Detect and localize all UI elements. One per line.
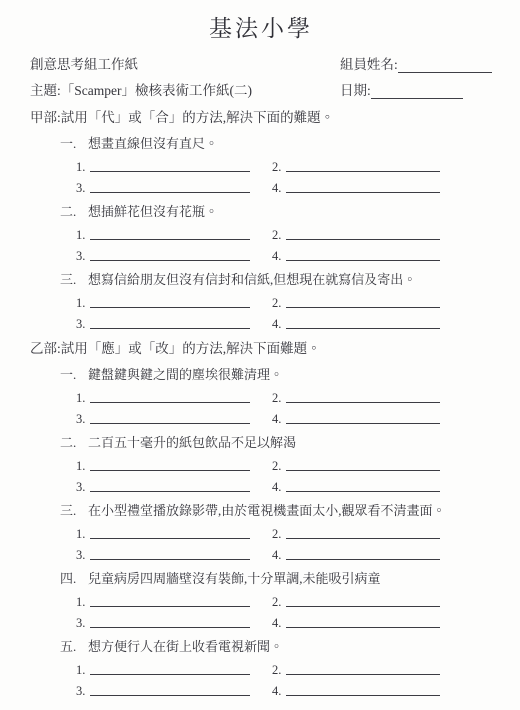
answer-number: 2. [272, 459, 286, 474]
answer-blank-1: 1. [76, 521, 250, 542]
answer-line [286, 318, 440, 329]
answer-number: 4. [272, 412, 286, 427]
answer-row: 1. 2. [76, 385, 492, 406]
answer-blank-4: 4. [272, 542, 440, 563]
answer-number: 2. [272, 391, 286, 406]
answer-row: 3. 4. [76, 406, 492, 427]
section-part-a: 甲部:試用「代」或「合」的方法,解決下面的難題。 一. 想畫直線但沒有直尺。 1… [30, 108, 492, 332]
answer-row: 1. 2. [76, 290, 492, 311]
answer-number: 4. [272, 317, 286, 332]
answer-blank-2: 2. [272, 154, 440, 175]
answer-line [286, 685, 440, 696]
answer-number: 3. [76, 181, 90, 196]
answer-row: 1. 2. [76, 453, 492, 474]
answer-blank-3: 3. [76, 678, 250, 699]
answer-blank-3: 3. [76, 406, 250, 427]
answer-number: 4. [272, 684, 286, 699]
item-number: 一. [60, 365, 88, 385]
answer-number: 3. [76, 616, 90, 631]
answer-line [286, 229, 440, 240]
item-head: 一. 鍵盤鍵與鍵之間的塵埃很難清理。 [60, 365, 492, 385]
answer-line [90, 481, 250, 492]
answer-row: 1. 2. [76, 521, 492, 542]
item-statement: 想方便行人在街上收看電視新聞。 [88, 637, 492, 657]
answer-blank-4: 4. [272, 406, 440, 427]
part-b-heading: 乙部:試用「應」或「改」的方法,解決下面難題。 [30, 339, 492, 359]
answer-blank-1: 1. [76, 657, 250, 678]
header-row-1: 創意思考組工作紙 組員姓名: [30, 55, 492, 75]
answer-number: 3. [76, 317, 90, 332]
worksheet-page: 基法小學 創意思考組工作紙 組員姓名: 主題:「Scamper」檢核表術工作紙(… [0, 0, 520, 710]
problem-item-a2: 二. 想插鮮花但沒有花瓶。 1. 2. 3. 4. [30, 202, 492, 264]
item-head: 三. 想寫信給朋友但沒有信封和信紙,但想現在就寫信及寄出。 [60, 270, 492, 290]
problem-item-b1: 一. 鍵盤鍵與鍵之間的塵埃很難清理。 1. 2. 3. 4. [30, 365, 492, 427]
answer-number: 1. [76, 296, 90, 311]
answer-number: 1. [76, 459, 90, 474]
item-head: 五. 想方便行人在街上收看電視新聞。 [60, 637, 492, 657]
answer-line [90, 182, 250, 193]
part-a-heading: 甲部:試用「代」或「合」的方法,解決下面的難題。 [30, 108, 492, 128]
item-number: 三. [60, 501, 88, 521]
answer-blank-2: 2. [272, 589, 440, 610]
answer-line [90, 549, 250, 560]
item-head: 三. 在小型禮堂播放錄影帶,由於電視機畫面太小,觀眾看不清畫面。 [60, 501, 492, 521]
answer-line [90, 413, 250, 424]
answer-line [90, 318, 250, 329]
item-statement: 兒童病房四周牆壁沒有裝飾,十分單調,未能吸引病童 [88, 569, 492, 589]
answer-line [286, 392, 440, 403]
item-number: 二. [60, 202, 88, 222]
answer-row: 1. 2. [76, 154, 492, 175]
answer-number: 2. [272, 296, 286, 311]
item-statement: 在小型禮堂播放錄影帶,由於電視機畫面太小,觀眾看不清畫面。 [88, 501, 492, 521]
answer-number: 4. [272, 181, 286, 196]
item-head: 一. 想畫直線但沒有直尺。 [60, 134, 492, 154]
answer-blank-4: 4. [272, 243, 440, 264]
answer-blank-2: 2. [272, 657, 440, 678]
item-statement: 二百五十毫升的紙包飲品不足以解渴 [88, 433, 492, 453]
date-blank-line [371, 86, 463, 99]
answer-number: 1. [76, 391, 90, 406]
answer-row: 3. 4. [76, 311, 492, 332]
item-statement: 鍵盤鍵與鍵之間的塵埃很難清理。 [88, 365, 492, 385]
answer-blank-2: 2. [272, 222, 440, 243]
answer-number: 2. [272, 160, 286, 175]
answer-blank-4: 4. [272, 311, 440, 332]
item-statement: 想寫信給朋友但沒有信封和信紙,但想現在就寫信及寄出。 [88, 270, 492, 290]
answer-blank-3: 3. [76, 243, 250, 264]
answer-line [286, 250, 440, 261]
answer-row: 3. 4. [76, 678, 492, 699]
answer-blank-1: 1. [76, 385, 250, 406]
answer-blank-3: 3. [76, 610, 250, 631]
group-name-blank-line [398, 60, 492, 73]
answer-line [286, 182, 440, 193]
worksheet-type-label: 創意思考組工作紙 [30, 55, 340, 75]
problem-item-b5: 五. 想方便行人在街上收看電視新聞。 1. 2. 3. 4. [30, 637, 492, 699]
answer-line [90, 392, 250, 403]
answer-row: 1. 2. [76, 222, 492, 243]
answer-line [90, 161, 250, 172]
answer-line [90, 528, 250, 539]
problem-item-a1: 一. 想畫直線但沒有直尺。 1. 2. 3. 4. [30, 134, 492, 196]
answer-blank-3: 3. [76, 311, 250, 332]
answer-number: 1. [76, 228, 90, 243]
answer-blank-2: 2. [272, 290, 440, 311]
answer-blank-1: 1. [76, 589, 250, 610]
answer-line [286, 596, 440, 607]
answer-line [286, 664, 440, 675]
answer-number: 1. [76, 527, 90, 542]
item-number: 四. [60, 569, 88, 589]
item-head: 二. 二百五十毫升的紙包飲品不足以解渴 [60, 433, 492, 453]
answer-blank-4: 4. [272, 474, 440, 495]
answer-number: 4. [272, 548, 286, 563]
item-number: 五. [60, 637, 88, 657]
answer-number: 3. [76, 249, 90, 264]
answer-number: 1. [76, 160, 90, 175]
answer-blank-2: 2. [272, 521, 440, 542]
answer-line [90, 596, 250, 607]
answer-blank-1: 1. [76, 154, 250, 175]
answer-number: 2. [272, 228, 286, 243]
answer-number: 3. [76, 548, 90, 563]
header-row-2: 主題:「Scamper」檢核表術工作紙(二) 日期: [30, 81, 492, 101]
date-label: 日期: [340, 81, 371, 101]
answer-number: 4. [272, 616, 286, 631]
answer-number: 2. [272, 595, 286, 610]
answer-line [286, 528, 440, 539]
answer-line [286, 161, 440, 172]
answer-line [286, 460, 440, 471]
problem-item-a3: 三. 想寫信給朋友但沒有信封和信紙,但想現在就寫信及寄出。 1. 2. 3. 4… [30, 270, 492, 332]
answer-blank-1: 1. [76, 290, 250, 311]
answer-blank-4: 4. [272, 610, 440, 631]
answer-number: 1. [76, 595, 90, 610]
answer-number: 4. [272, 480, 286, 495]
problem-item-b4: 四. 兒童病房四周牆壁沒有裝飾,十分單調,未能吸引病童 1. 2. 3. 4. [30, 569, 492, 631]
answer-row: 3. 4. [76, 474, 492, 495]
answer-line [90, 617, 250, 628]
answer-number: 1. [76, 663, 90, 678]
answer-line [90, 250, 250, 261]
answer-line [90, 664, 250, 675]
group-name-label: 組員姓名: [340, 55, 398, 75]
answer-blank-2: 2. [272, 453, 440, 474]
group-name-field: 組員姓名: [340, 55, 492, 75]
answer-line [286, 617, 440, 628]
item-number: 一. [60, 134, 88, 154]
item-statement: 想插鮮花但沒有花瓶。 [88, 202, 492, 222]
answer-row: 1. 2. [76, 657, 492, 678]
answer-row: 3. 4. [76, 175, 492, 196]
answer-line [90, 229, 250, 240]
answer-blank-1: 1. [76, 222, 250, 243]
answer-blank-1: 1. [76, 453, 250, 474]
answer-row: 1. 2. [76, 589, 492, 610]
answer-row: 3. 4. [76, 610, 492, 631]
answer-blank-3: 3. [76, 542, 250, 563]
answer-line [90, 297, 250, 308]
item-number: 二. [60, 433, 88, 453]
answer-line [90, 685, 250, 696]
item-head: 二. 想插鮮花但沒有花瓶。 [60, 202, 492, 222]
answer-number: 2. [272, 527, 286, 542]
answer-blank-4: 4. [272, 678, 440, 699]
item-statement: 想畫直線但沒有直尺。 [88, 134, 492, 154]
section-part-b: 乙部:試用「應」或「改」的方法,解決下面難題。 一. 鍵盤鍵與鍵之間的塵埃很難清… [30, 339, 492, 699]
answer-line [90, 460, 250, 471]
answer-blank-2: 2. [272, 385, 440, 406]
answer-line [286, 549, 440, 560]
answer-blank-3: 3. [76, 175, 250, 196]
answer-row: 3. 4. [76, 243, 492, 264]
answer-row: 3. 4. [76, 542, 492, 563]
problem-item-b3: 三. 在小型禮堂播放錄影帶,由於電視機畫面太小,觀眾看不清畫面。 1. 2. 3… [30, 501, 492, 563]
answer-number: 3. [76, 412, 90, 427]
answer-blank-3: 3. [76, 474, 250, 495]
answer-number: 4. [272, 249, 286, 264]
topic-label: 主題:「Scamper」檢核表術工作紙(二) [30, 81, 340, 101]
answer-blank-4: 4. [272, 175, 440, 196]
answer-number: 3. [76, 684, 90, 699]
item-number: 三. [60, 270, 88, 290]
page-title: 基法小學 [30, 14, 492, 44]
item-head: 四. 兒童病房四周牆壁沒有裝飾,十分單調,未能吸引病童 [60, 569, 492, 589]
answer-number: 2. [272, 663, 286, 678]
answer-line [286, 297, 440, 308]
answer-line [286, 481, 440, 492]
answer-line [286, 413, 440, 424]
date-field: 日期: [340, 81, 492, 101]
problem-item-b2: 二. 二百五十毫升的紙包飲品不足以解渴 1. 2. 3. 4. [30, 433, 492, 495]
answer-number: 3. [76, 480, 90, 495]
